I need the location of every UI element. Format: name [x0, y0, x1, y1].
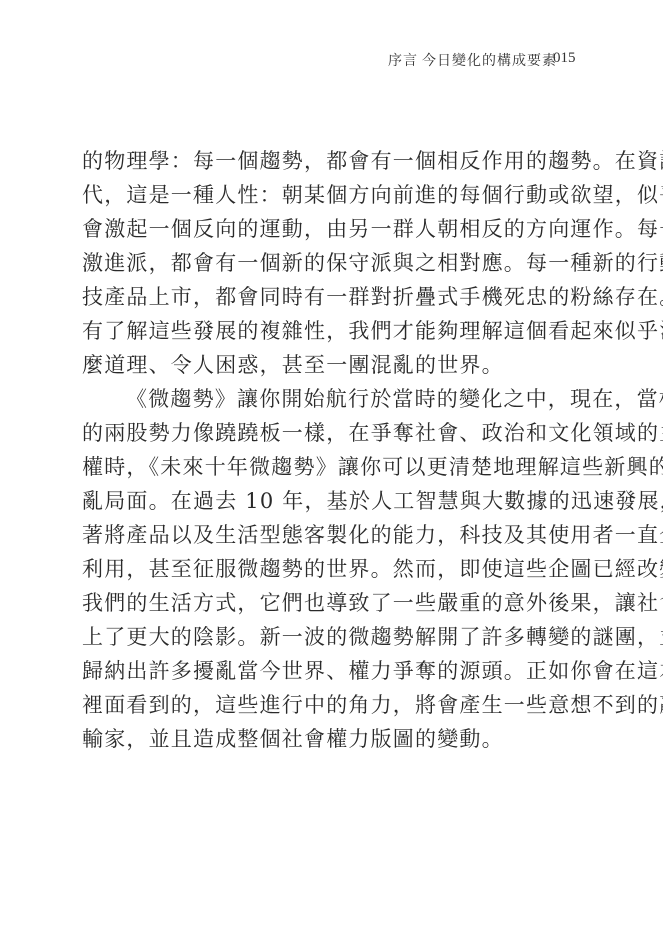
text-line: 輸家，並且造成整個社會權力版圖的變動。 — [82, 722, 576, 756]
text-line: 的物理學：每一個趨勢，都會有一個相反作用的趨勢。在資訊時 — [82, 144, 576, 178]
text-line: 權時，《未來十年微趨勢》讓你可以更清楚地理解這些新興的混 — [82, 450, 576, 484]
page-number: 015 — [553, 50, 576, 67]
text-line: 麼道理、令人困惑，甚至一團混亂的世界。 — [82, 348, 576, 382]
header-chapter-title: 今日變化的構成要素 — [422, 50, 557, 70]
text-line: 技產品上市，都會同時有一群對折疊式手機死忠的粉絲存在。唯 — [82, 280, 576, 314]
paragraph-2: 《微趨勢》讓你開始航行於當時的變化之中，現在，當相反 的兩股勢力像蹺蹺板一樣，在… — [82, 382, 576, 756]
text-line: 會激起一個反向的運動，由另一群人朝相反的方向運作。每一個 — [82, 212, 576, 246]
text-line: 裡面看到的，這些進行中的角力，將會產生一些意想不到的贏家、 — [82, 688, 576, 722]
text-line: 亂局面。在過去 10 年，基於人工智慧與大數據的迅速發展，憑藉 — [82, 484, 576, 518]
text-line: 利用，甚至征服微趨勢的世界。然而，即使這些企圖已經改變了 — [82, 552, 576, 586]
text-line: 激進派，都會有一個新的保守派與之相對應。每一種新的行動科 — [82, 246, 576, 280]
paragraph-1: 的物理學：每一個趨勢，都會有一個相反作用的趨勢。在資訊時 代，這是一種人性：朝某… — [82, 144, 576, 382]
text-line: 我們的生活方式，它們也導致了一些嚴重的意外後果，讓社會蒙 — [82, 586, 576, 620]
text-line: 《微趨勢》讓你開始航行於當時的變化之中，現在，當相反 — [82, 382, 576, 416]
text-line: 上了更大的陰影。新一波的微趨勢解開了許多轉變的謎團，並且 — [82, 620, 576, 654]
text-line: 代，這是一種人性：朝某個方向前進的每個行動或欲望，似乎都 — [82, 178, 576, 212]
text-line: 著將產品以及生活型態客製化的能力，科技及其使用者一直企圖 — [82, 518, 576, 552]
text-line: 的兩股勢力像蹺蹺板一樣，在爭奪社會、政治和文化領域的主導 — [82, 416, 576, 450]
text-line: 有了解這些發展的複雜性，我們才能夠理解這個看起來似乎沒什 — [82, 314, 576, 348]
running-header: 序言 今日變化的構成要素 015 — [0, 48, 663, 72]
body-text: 的物理學：每一個趨勢，都會有一個相反作用的趨勢。在資訊時 代，這是一種人性：朝某… — [82, 144, 576, 756]
text-line: 歸納出許多擾亂當今世界、權力爭奪的源頭。正如你會在這本書 — [82, 654, 576, 688]
header-section-label: 序言 — [388, 50, 418, 70]
